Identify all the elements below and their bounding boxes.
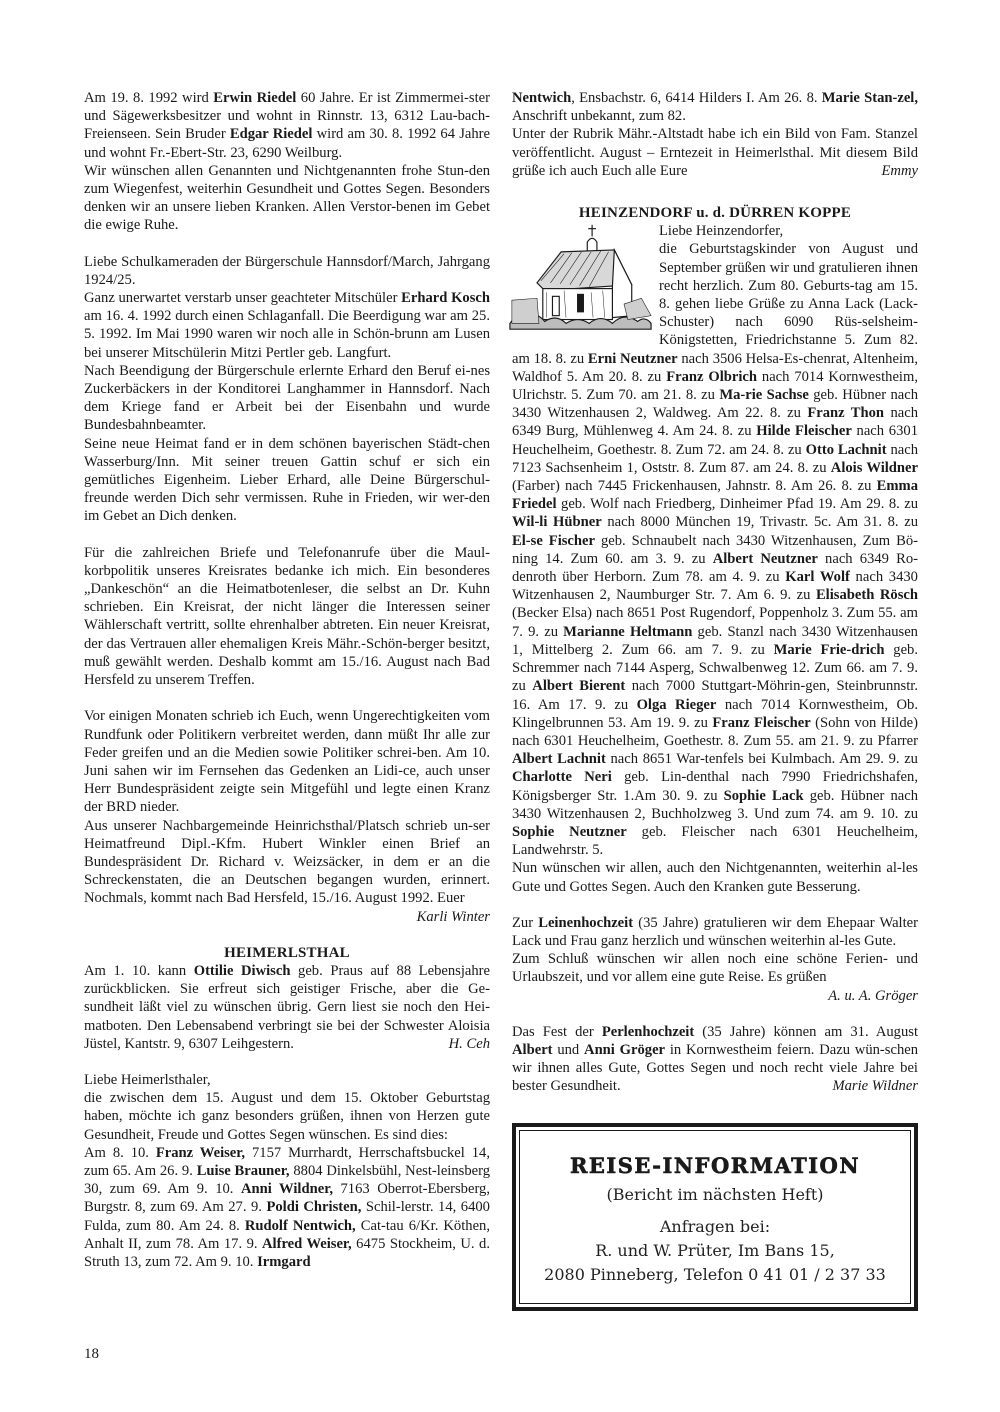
person-name: Albert Lachnit bbox=[512, 751, 606, 767]
event-name: Perlenhochzeit bbox=[602, 1024, 694, 1040]
text: am 16. 4. 1992 durch einen Schlaganfall.… bbox=[84, 308, 490, 360]
wishes-paragraph: Wir wünschen allen Genannten und Nichtge… bbox=[84, 162, 490, 235]
person-name: Alois Wildner bbox=[831, 460, 918, 476]
text: , Ensbachstr. 6, 6414 Hilders I. Am 26. … bbox=[571, 90, 822, 106]
kosch-career: Nach Beendigung der Bürgerschule erlernt… bbox=[84, 362, 490, 435]
signature-h-ceh: H. Ceh bbox=[449, 1035, 490, 1053]
event-name: Leinenhochzeit bbox=[538, 915, 633, 931]
winter-paragraph-2: Aus unserer Nachbargemeinde Heinrichstha… bbox=[84, 817, 490, 908]
travel-info-contact-name: R. und W. Prüter, Im Bans 15, bbox=[520, 1239, 910, 1263]
person-name: Franz Fleischer bbox=[712, 715, 810, 731]
right-column: Nentwich, Ensbachstr. 6, 6414 Hilders I.… bbox=[512, 89, 918, 1096]
riedel-paragraph: Am 19. 8. 1992 wird Erwin Riedel 60 Jahr… bbox=[84, 89, 490, 162]
person-name: Olga Rieger bbox=[637, 697, 717, 713]
signature-groeger: A. u. A. Gröger bbox=[512, 987, 918, 1005]
person-name: Marianne Heltmann bbox=[563, 624, 692, 640]
section-heading-heinzendorf: HEINZENDORF u. d. DÜRREN KOPPE bbox=[512, 204, 918, 222]
person-name: Sophie Neutzner bbox=[512, 824, 627, 840]
person-name: Elisabeth Rösch bbox=[816, 587, 918, 603]
farewell-paragraph: Zum Schluß wünschen wir allen noch eine … bbox=[512, 950, 918, 986]
person-name: Alfred Weiser, bbox=[262, 1236, 352, 1252]
person-name: Karl Wolf bbox=[785, 569, 850, 585]
person-name: Ma-rie Sachse bbox=[719, 387, 809, 403]
text: Am 19. 8. 1992 wird bbox=[84, 90, 213, 106]
text: (Farber) nach 7445 Frickenhausen, Jahnst… bbox=[512, 478, 877, 494]
text: Das Fest der bbox=[512, 1024, 602, 1040]
person-name: Anni Wildner, bbox=[241, 1181, 333, 1197]
section-heading-heimerlsthal: HEIMERLSTHAL bbox=[84, 944, 490, 962]
text: Ganz unerwartet verstarb unser geachtete… bbox=[84, 290, 401, 306]
signature-emmy: Emmy bbox=[882, 162, 918, 180]
continuation-paragraph: Nentwich, Ensbachstr. 6, 6414 Hilders I.… bbox=[512, 89, 918, 125]
person-name: Franz Thon bbox=[807, 405, 884, 421]
stanzel-photo-note: Unter der Rubrik Mähr.-Altstadt habe ich… bbox=[512, 125, 918, 180]
person-name: Anni Gröger bbox=[584, 1042, 665, 1058]
travel-info-title: REISE-INFORMATION bbox=[520, 1153, 910, 1179]
kreisrat-paragraph: Für die zahlreichen Briefe und Telefonan… bbox=[84, 544, 490, 690]
travel-info-contact-label: Anfragen bei: bbox=[520, 1215, 910, 1239]
person-name: El-se Fischer bbox=[512, 533, 595, 549]
kosch-intro: Liebe Schulkameraden der Bürgerschule Ha… bbox=[84, 253, 490, 289]
text: nach 8651 War-tenfels bei Kulmbach. Am 2… bbox=[606, 751, 918, 767]
person-name: Luise Brauner, bbox=[197, 1163, 290, 1179]
text: Zur bbox=[512, 915, 538, 931]
perlenhochzeit-paragraph: Das Fest der Perlenhochzeit (35 Jahre) k… bbox=[512, 1023, 918, 1096]
person-name: Erwin Riedel bbox=[213, 90, 296, 106]
heimerlsthal-birthdays: Am 8. 10. Franz Weiser, 7157 Murrhardt, … bbox=[84, 1144, 490, 1271]
heimerlsthal-greeting: Liebe Heimerlsthaler, bbox=[84, 1071, 490, 1089]
heinzendorf-birthdays: die Geburtstagskinder von August und Sep… bbox=[512, 240, 918, 859]
leinenhochzeit-paragraph: Zur Leinenhochzeit (35 Jahre) gratuliere… bbox=[512, 914, 918, 950]
kosch-paragraph: Ganz unerwartet verstarb unser geachtete… bbox=[84, 289, 490, 362]
person-name: Irmgard bbox=[257, 1254, 311, 1270]
heinzendorf-closing: Nun wünschen wir allen, auch den Nichtge… bbox=[512, 859, 918, 895]
person-name: Sophie Lack bbox=[724, 788, 804, 804]
page-number: 18 bbox=[84, 1345, 99, 1363]
person-name: Nentwich bbox=[512, 90, 571, 106]
person-name: Edgar Riedel bbox=[230, 126, 313, 142]
person-name: Erni Neutzner bbox=[588, 351, 678, 367]
person-name: Poldi Christen, bbox=[266, 1199, 361, 1215]
text: Unter der Rubrik Mähr.-Altstadt habe ich… bbox=[512, 126, 918, 178]
church-illustration bbox=[508, 222, 653, 332]
person-name: Ottilie Diwisch bbox=[194, 963, 291, 979]
person-name: Charlotte Neri bbox=[512, 769, 612, 785]
left-column: Am 19. 8. 1992 wird Erwin Riedel 60 Jahr… bbox=[84, 89, 490, 1271]
person-name: Hilde Fleischer bbox=[756, 423, 852, 439]
signature-karli-winter: Karli Winter bbox=[84, 908, 490, 926]
person-name: Erhard Kosch bbox=[401, 290, 490, 306]
diwisch-paragraph: Am 1. 10. kann Ottilie Diwisch geb. Prau… bbox=[84, 962, 490, 1053]
text: geb. Wolf nach Friedberg, Dinheimer Pfad… bbox=[557, 496, 918, 512]
person-name: Wil-li Hübner bbox=[512, 514, 602, 530]
text: nach 8000 München 19, Trivastr. 5c. Am 3… bbox=[602, 514, 918, 530]
person-name: Marie Stan-zel, bbox=[822, 90, 918, 106]
text: Anschrift unbekannt, zum 82. bbox=[512, 108, 686, 124]
text: Am 8. 10. bbox=[84, 1145, 156, 1161]
person-name: Rudolf Nentwich, bbox=[245, 1218, 356, 1234]
travel-info-subtitle: (Bericht im nächsten Heft) bbox=[520, 1183, 910, 1207]
travel-info-box: REISE-INFORMATION (Bericht im nächsten H… bbox=[512, 1123, 918, 1311]
person-name: Franz Weiser, bbox=[156, 1145, 245, 1161]
travel-info-inner-frame: REISE-INFORMATION (Bericht im nächsten H… bbox=[519, 1130, 911, 1304]
person-name: Marie Frie-drich bbox=[774, 642, 885, 658]
travel-info-contact-phone: 2080 Pinneberg, Telefon 0 41 01 / 2 37 3… bbox=[520, 1263, 910, 1287]
person-name: Albert Neutzner bbox=[713, 551, 818, 567]
person-name: Albert bbox=[512, 1042, 553, 1058]
text: (35 Jahre) können am 31. August bbox=[694, 1024, 918, 1040]
person-name: Albert Bierent bbox=[532, 678, 625, 694]
person-name: Franz Olbrich bbox=[666, 369, 757, 385]
signature-marie-wildner: Marie Wildner bbox=[832, 1077, 918, 1095]
text: und bbox=[553, 1042, 585, 1058]
person-name: Otto Lachnit bbox=[806, 442, 887, 458]
winter-paragraph-1: Vor einigen Monaten schrieb ich Euch, we… bbox=[84, 707, 490, 816]
text: Am 1. 10. kann bbox=[84, 963, 194, 979]
heimerlsthal-intro: die zwischen dem 15. August und dem 15. … bbox=[84, 1089, 490, 1144]
kosch-home: Seine neue Heimat fand er in dem schönen… bbox=[84, 435, 490, 526]
